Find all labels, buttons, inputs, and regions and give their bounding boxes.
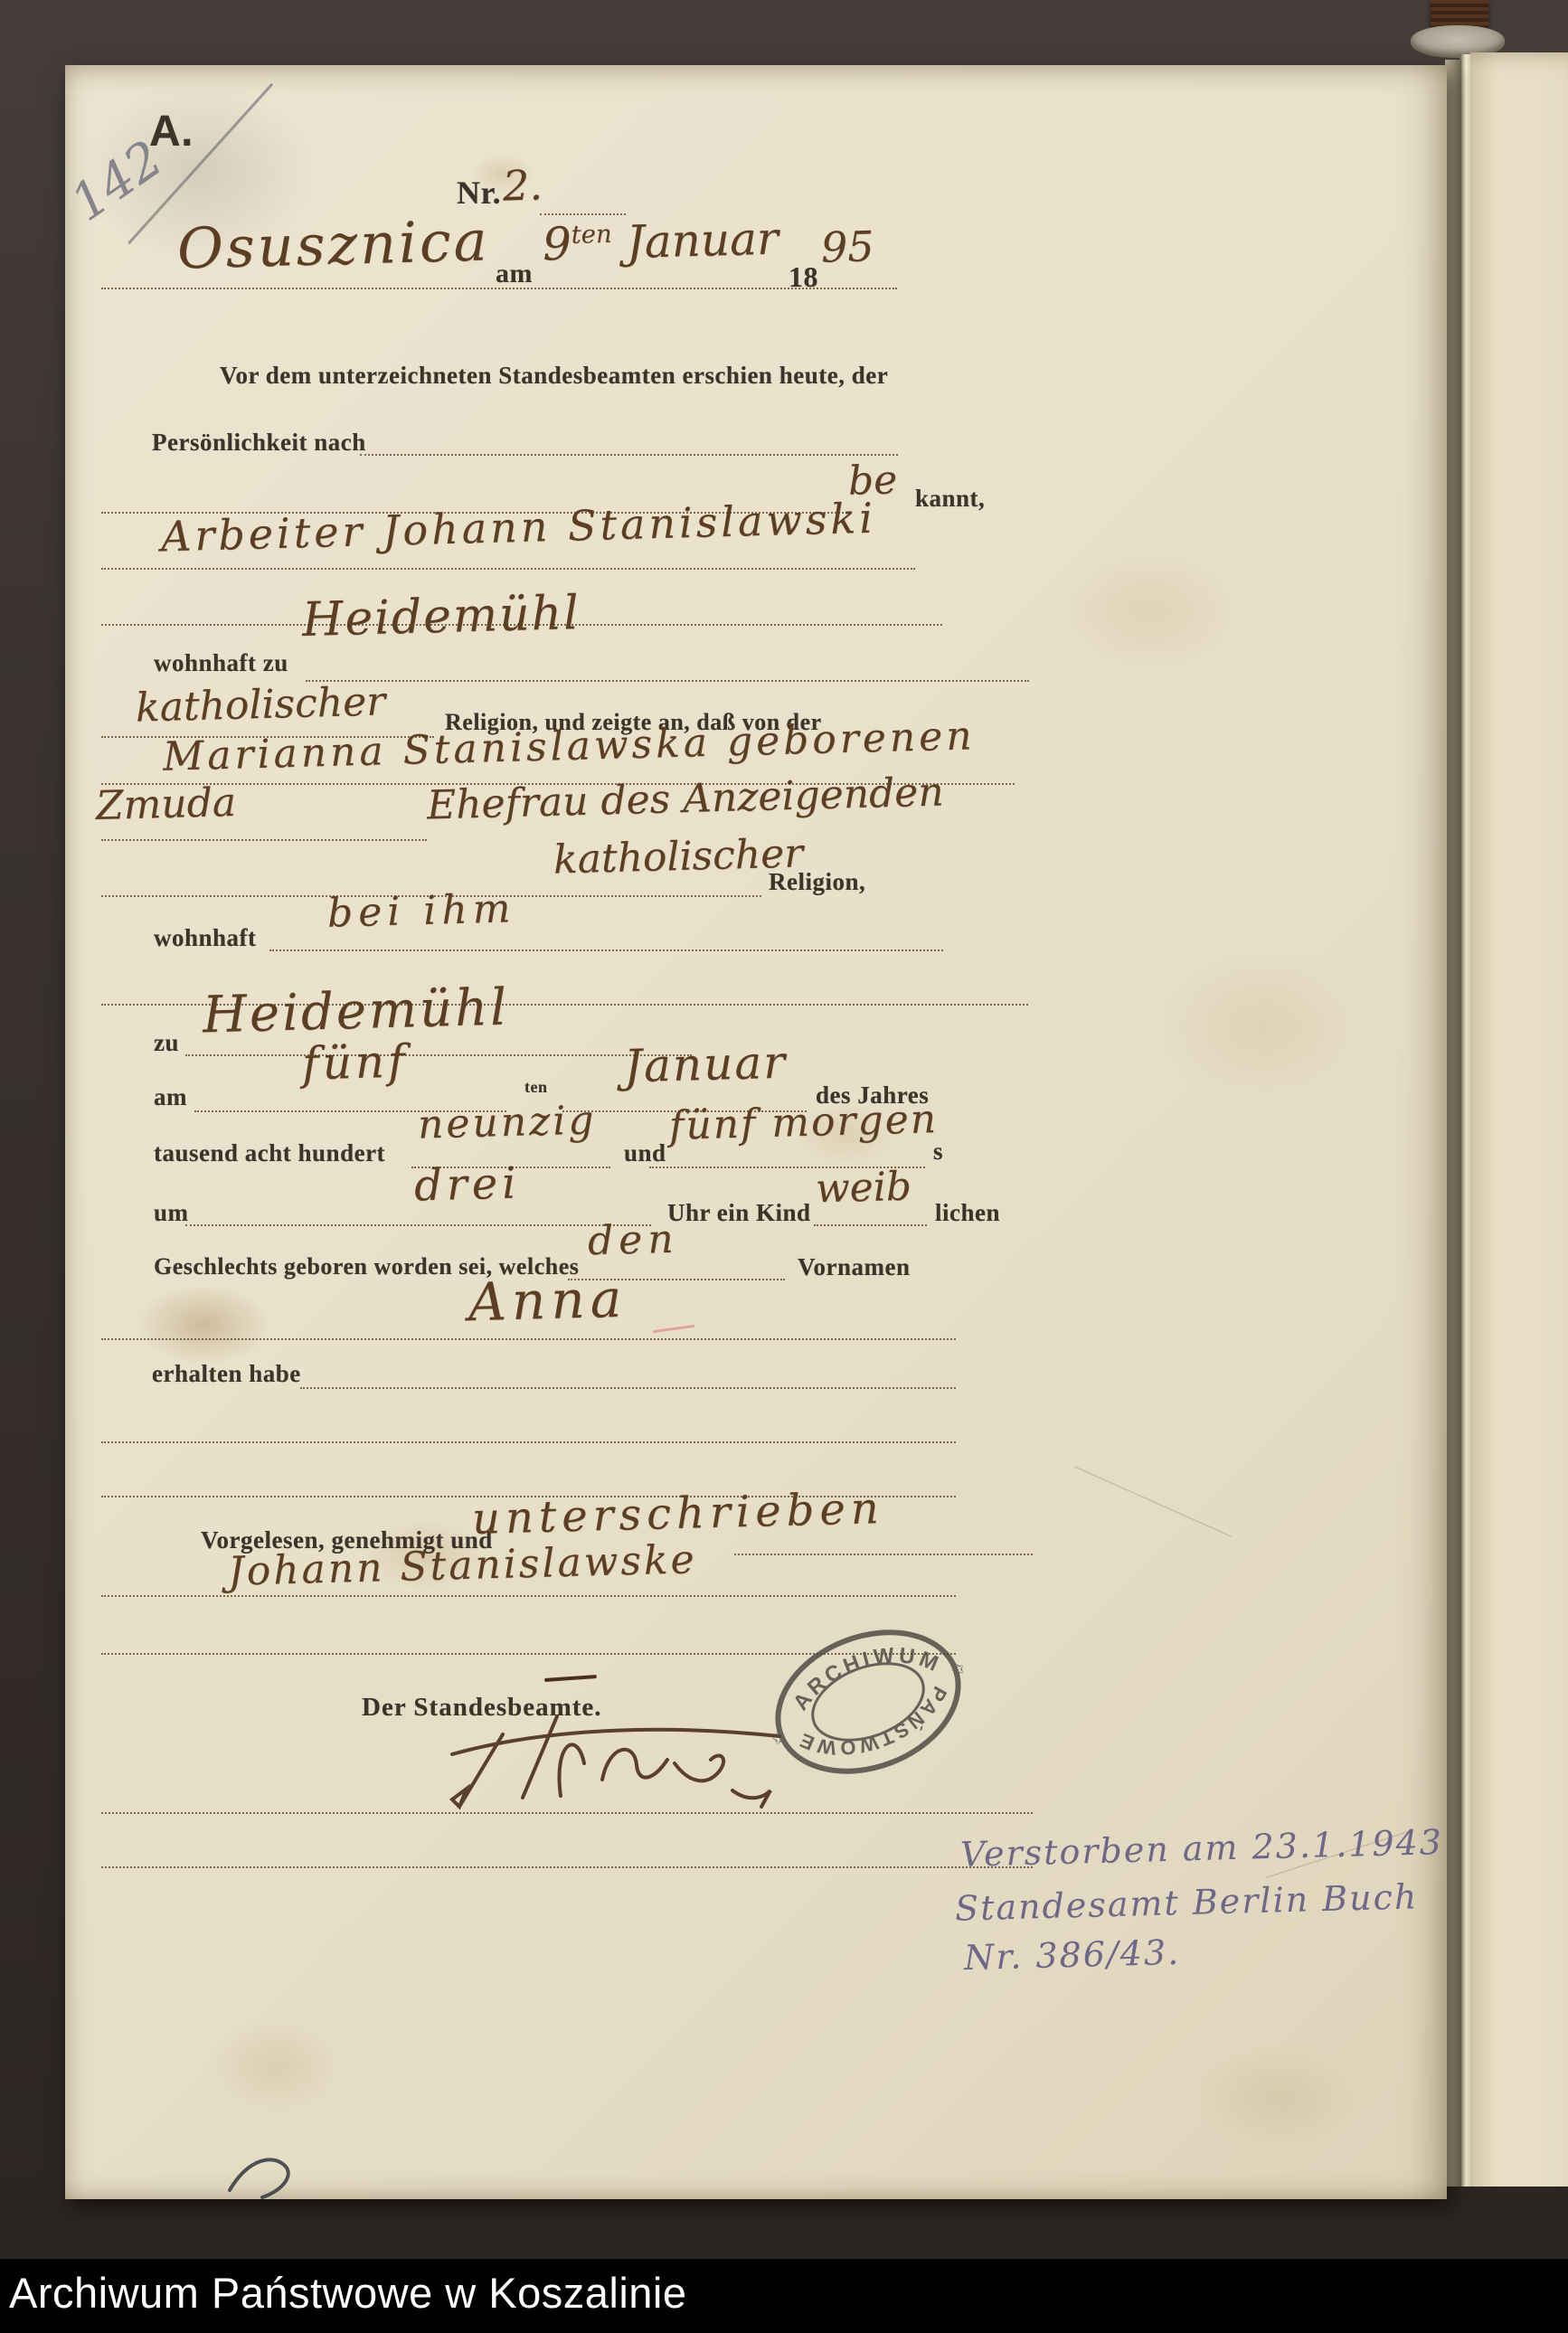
register-photo: A. 142 Nr. 2. Osusznica am 9ten Januar 1… — [0, 0, 1568, 2333]
form-dotted-line — [306, 680, 1029, 682]
form-dotted-line — [540, 213, 626, 215]
year-written: 95 — [820, 222, 874, 272]
form-dotted-line — [101, 1595, 956, 1597]
form-dotted-line — [101, 1338, 956, 1340]
form-dotted-line — [185, 1224, 651, 1226]
day-suffix: ten — [571, 220, 612, 250]
year-words-label: tausend acht hundert — [154, 1139, 385, 1167]
uhr-kind-label: Uhr ein Kind — [667, 1199, 811, 1227]
record-number-value: 2. — [502, 160, 543, 210]
wohnhaft-zu-label: wohnhaft zu — [154, 649, 288, 677]
form-dotted-line — [101, 839, 427, 841]
form-dotted-line — [300, 1387, 956, 1389]
form-dotted-line — [101, 288, 897, 289]
record-number-label: Nr. — [457, 174, 501, 212]
wohnhaft-label: wohnhaft — [154, 924, 257, 952]
lichen-label: lichen — [935, 1199, 1000, 1227]
am-label: am — [496, 259, 533, 289]
und-label: und — [624, 1139, 666, 1167]
stamp-star-right: ✩ — [949, 1658, 968, 1680]
registrar-signature — [425, 1707, 805, 1829]
day-entry: 9ten Januar — [542, 213, 779, 271]
um-label: um — [154, 1199, 189, 1227]
birth-day-entry: fünf — [301, 1034, 409, 1090]
religion2-entry: katholischer — [553, 830, 803, 883]
persoenlichkeit-label: Persönlichkeit nach — [152, 429, 366, 457]
religion1-entry: katholischer — [135, 678, 385, 731]
death-note-line3: Nr. 386/43. — [963, 1932, 1180, 1978]
sex-entry: weib — [815, 1164, 912, 1213]
form-dotted-line — [101, 568, 915, 570]
bekannt-printed: kannt, — [915, 485, 985, 513]
mother-maiden-entry: Zmuda — [95, 779, 236, 829]
am2-label: am — [154, 1083, 187, 1111]
den-entry: den — [587, 1216, 679, 1265]
place-entry: Osusznica — [176, 207, 490, 281]
residence-with-entry: bei ihm — [326, 885, 516, 936]
year-words-entry2: fünf morgen — [668, 1096, 938, 1149]
year-words-entry1: neunzig — [417, 1097, 597, 1148]
archive-name-label: Archiwum Państwowe w Koszalinie — [9, 2268, 687, 2318]
s-label: s — [933, 1138, 943, 1166]
form-dotted-line — [185, 1054, 692, 1056]
form-dotted-line — [734, 1554, 1033, 1555]
religion2-label: Religion, — [769, 868, 865, 896]
form-dotted-line — [101, 1866, 1033, 1868]
ten-label: ten — [524, 1078, 548, 1097]
form-dotted-line — [269, 949, 943, 951]
hour-entry: drei — [413, 1157, 521, 1211]
erhalten-label: erhalten habe — [152, 1360, 301, 1388]
corner-letter: A. — [149, 107, 194, 156]
adjacent-page — [1470, 52, 1568, 2187]
form-dotted-line — [101, 1812, 1033, 1814]
child-name-entry: Anna — [468, 1268, 628, 1334]
intro-line: Vor dem unterzeichneten Standesbeamten e… — [220, 362, 888, 390]
vornamen-label: Vornamen — [798, 1253, 911, 1281]
form-dotted-line — [360, 454, 898, 456]
day-number: 9 — [542, 218, 571, 271]
residence-entry: Heidemühl — [301, 586, 581, 647]
birth-place-entry: Heidemühl — [202, 978, 510, 1045]
ink-squiggle-mark — [224, 2150, 310, 2206]
unterschrieben-entry: unterschrieben — [471, 1483, 884, 1544]
form-dotted-line — [814, 1224, 927, 1226]
birth-month-entry: Januar — [623, 1036, 787, 1093]
page-edge-shadow — [1445, 60, 1461, 2187]
month-entry: Januar — [626, 213, 779, 269]
form-dotted-line — [101, 1441, 956, 1443]
zu-label: zu — [154, 1029, 179, 1057]
